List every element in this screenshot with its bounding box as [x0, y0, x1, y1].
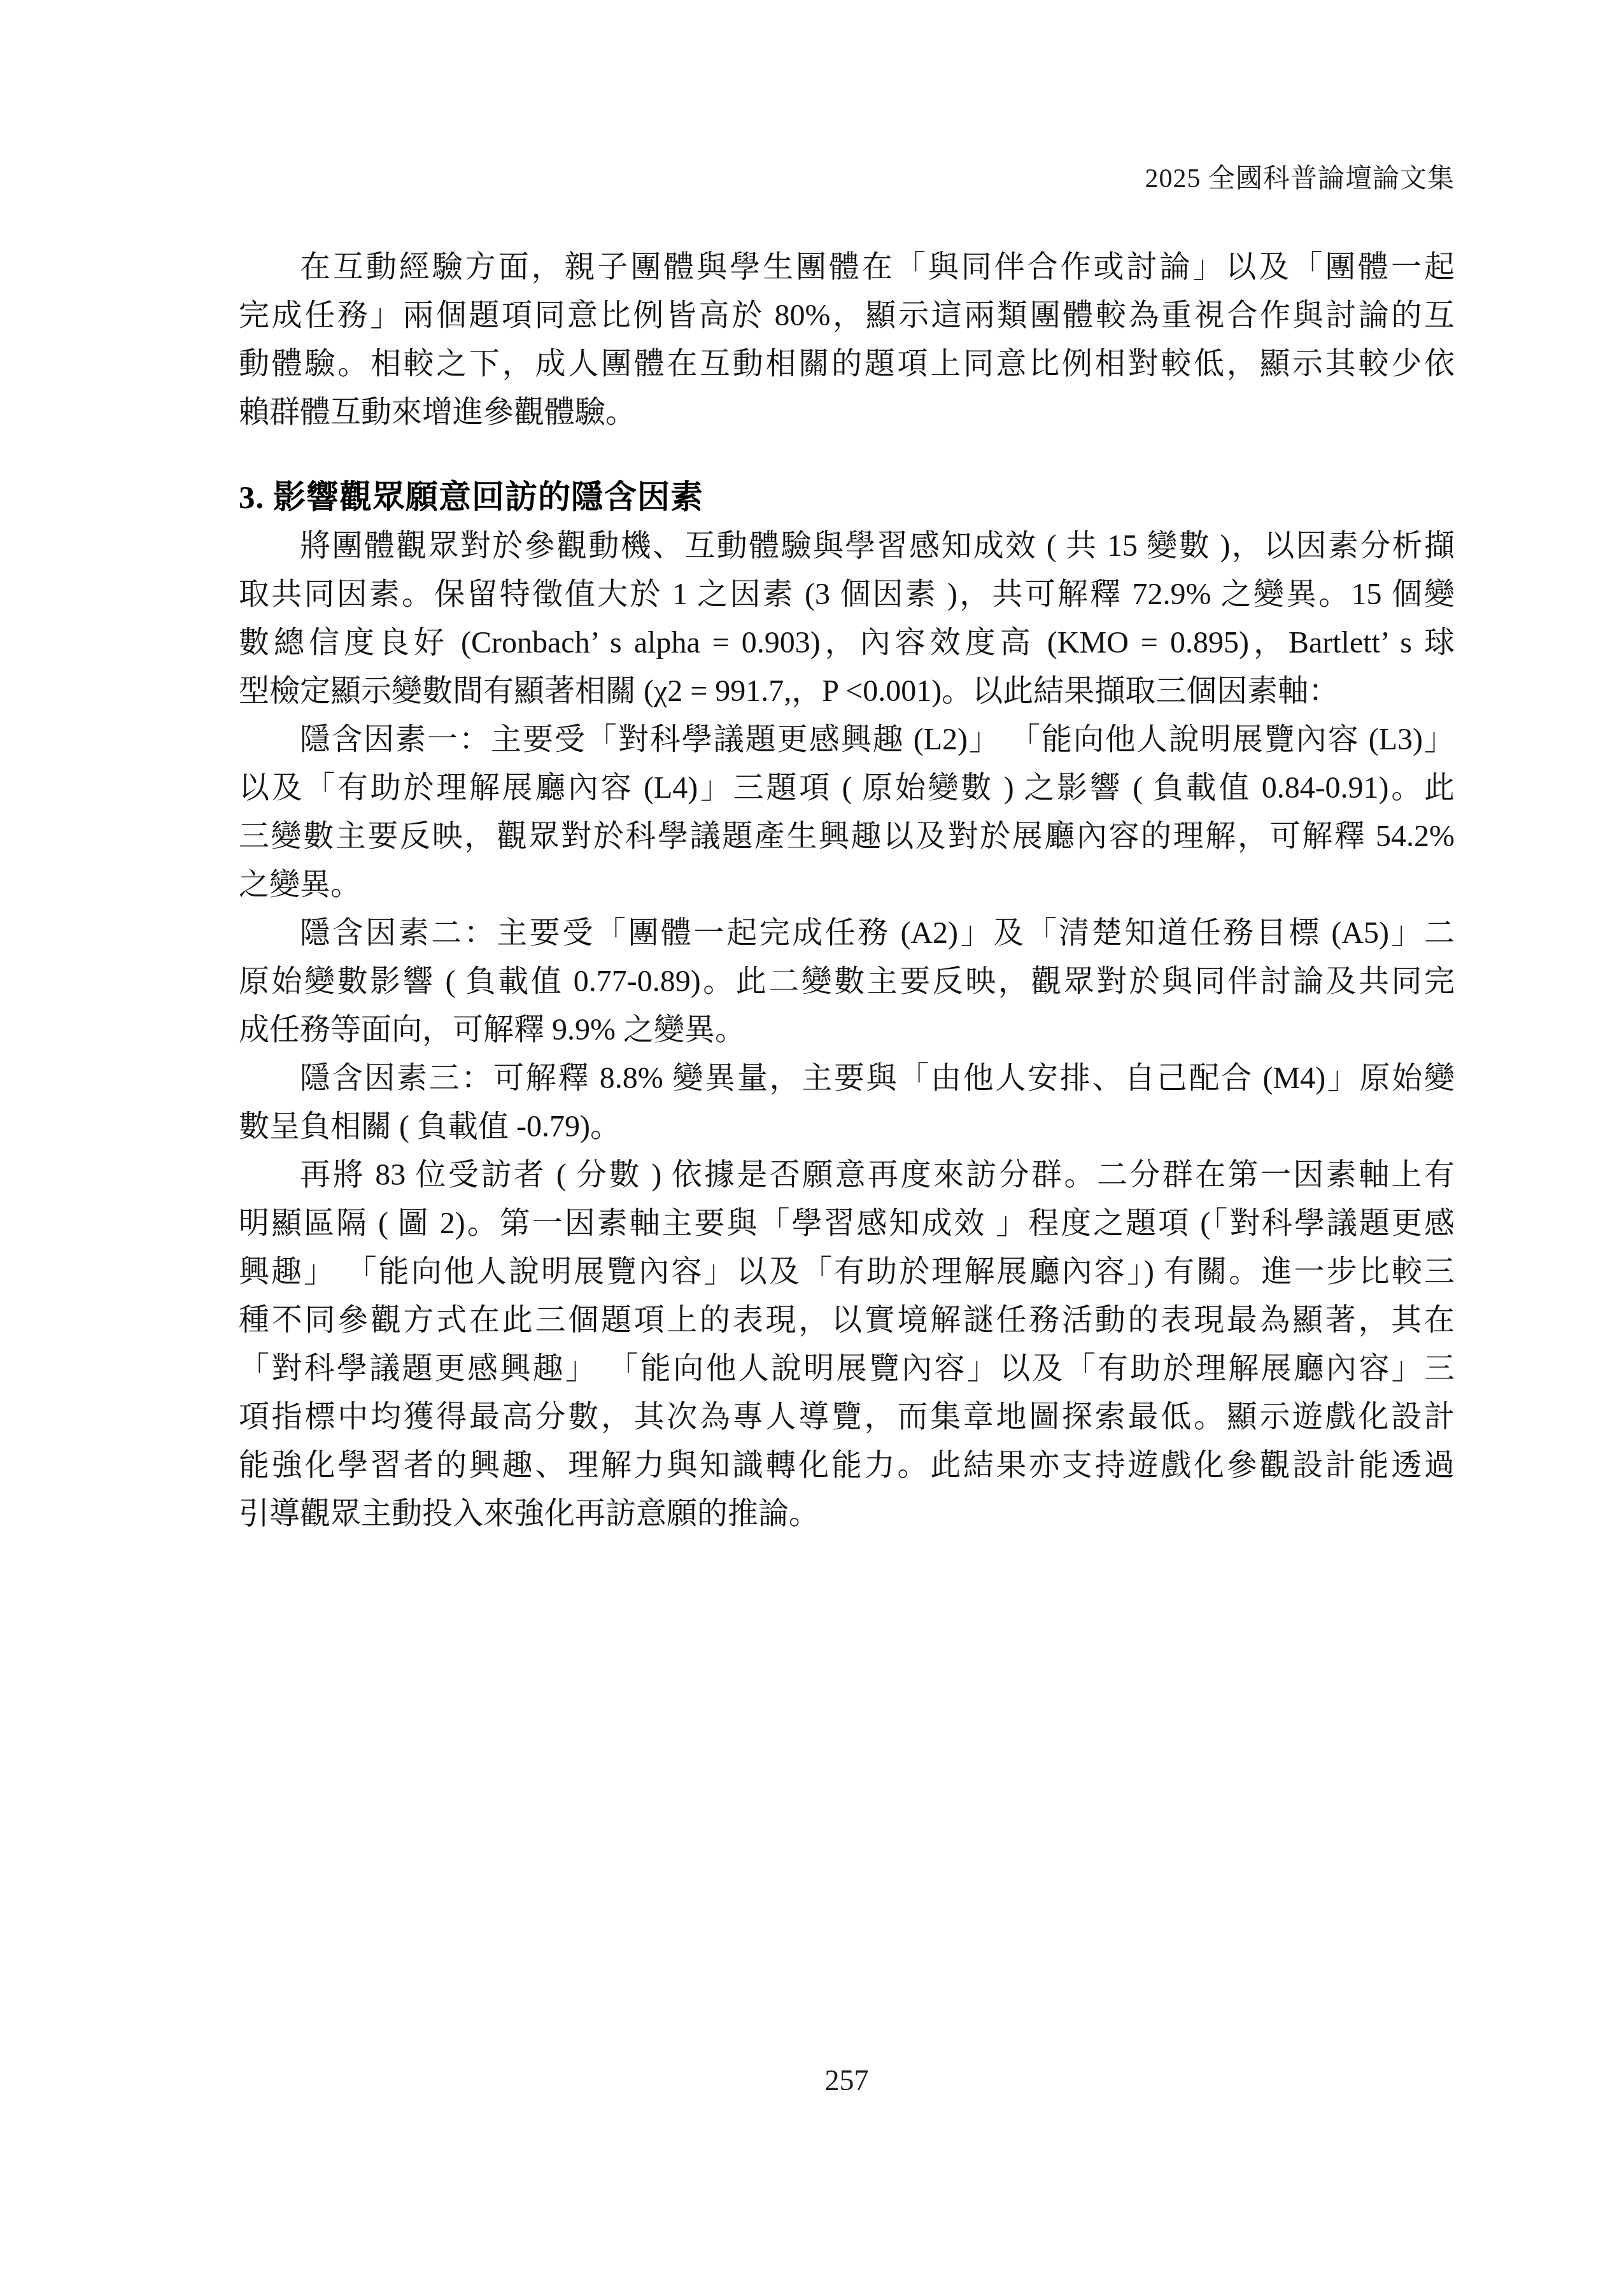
- text-line: 引導觀眾主動投入來強化再訪意願的推論。: [239, 1490, 1455, 1538]
- text-line: 原始變數影響 ( 負載值 0.77-0.89)。此二變數主要反映，觀眾對於與同伴…: [239, 958, 1455, 1006]
- text-line: 明顯區隔 ( 圖 2)。第一因素軸主要與「學習感知成效 」程度之題項 (「對科學…: [239, 1199, 1455, 1248]
- para-cluster-comparison: 再將 83 位受訪者 ( 分數 ) 依據是否願意再度來訪分群。二分群在第一因素軸…: [239, 1151, 1455, 1538]
- text-line: 完成任務」兩個題項同意比例皆高於 80%，顯示這兩類團體較為重視合作與討論的互: [239, 292, 1455, 340]
- text-line: 在互動經驗方面，親子團體與學生團體在「與同伴合作或討論」以及「團體一起: [239, 243, 1455, 292]
- document-page: 2025 全國科普論壇論文集 在互動經驗方面，親子團體與學生團體在「與同伴合作或…: [0, 0, 1624, 2278]
- text-line: 數總信度良好 (Cronbach’ s alpha = 0.903)，內容效度高…: [239, 619, 1455, 667]
- document-body: 在互動經驗方面，親子團體與學生團體在「與同伴合作或討論」以及「團體一起完成任務」…: [239, 243, 1455, 1538]
- text-line: 數呈負相關 ( 負載值 -0.79)。: [239, 1103, 1455, 1151]
- text-line: 隱含因素三：可解釋 8.8% 變異量，主要與「由他人安排、自己配合 (M4)」原…: [239, 1054, 1455, 1103]
- text-line: 以及「有助於理解展廳內容 (L4)」三題項 ( 原始變數 ) 之影響 ( 負載值…: [239, 764, 1455, 812]
- text-line: 隱含因素二：主要受「團體一起完成任務 (A2)」及「清楚知道任務目標 (A5)」…: [239, 909, 1455, 958]
- text-line: 項指標中均獲得最高分數，其次為專人導覽，而集章地圖探索最低。顯示遊戲化設計: [239, 1393, 1455, 1441]
- running-header: 2025 全國科普論壇論文集: [239, 160, 1455, 197]
- text-line: 「對科學議題更感興趣」 「能向他人說明展覽內容」以及「有助於理解展廳內容」三: [239, 1345, 1455, 1393]
- text-line: 型檢定顯示變數間有顯著相關 (χ2 = 991.7,，P <0.001)。以此結…: [239, 667, 1455, 716]
- text-line: 隱含因素一：主要受「對科學議題更感興趣 (L2)」 「能向他人說明展覽內容 (L…: [239, 716, 1455, 764]
- para-factor-analysis: 將團體觀眾對於參觀動機、互動體驗與學習感知成效 ( 共 15 變數 )，以因素分…: [239, 522, 1455, 716]
- text-line: 賴群體互動來增進參觀體驗。: [239, 388, 1455, 437]
- section-heading-3: 3. 影響觀眾願意回訪的隱含因素: [239, 474, 1455, 522]
- text-line: 取共同因素。保留特徵值大於 1 之因素 (3 個因素 )，共可解釋 72.9% …: [239, 570, 1455, 619]
- text-line: 成任務等面向，可解釋 9.9% 之變異。: [239, 1006, 1455, 1054]
- text-line: 之變異。: [239, 861, 1455, 909]
- para-latent-factor-2: 隱含因素二：主要受「團體一起完成任務 (A2)」及「清楚知道任務目標 (A5)」…: [239, 909, 1455, 1054]
- text-line: 能強化學習者的興趣、理解力與知識轉化能力。此結果亦支持遊戲化參觀設計能透過: [239, 1441, 1455, 1490]
- para-latent-factor-3: 隱含因素三：可解釋 8.8% 變異量，主要與「由他人安排、自己配合 (M4)」原…: [239, 1054, 1455, 1151]
- text-line: 再將 83 位受訪者 ( 分數 ) 依據是否願意再度來訪分群。二分群在第一因素軸…: [239, 1151, 1455, 1199]
- text-line: 動體驗。相較之下，成人團體在互動相關的題項上同意比例相對較低，顯示其較少依: [239, 340, 1455, 388]
- text-line: 將團體觀眾對於參觀動機、互動體驗與學習感知成效 ( 共 15 變數 )，以因素分…: [239, 522, 1455, 570]
- text-line: 三變數主要反映，觀眾對於科學議題產生興趣以及對於展廳內容的理解，可解釋 54.2…: [239, 812, 1455, 861]
- para-latent-factor-1: 隱含因素一：主要受「對科學議題更感興趣 (L2)」 「能向他人說明展覽內容 (L…: [239, 716, 1455, 909]
- text-line: 興趣」 「能向他人說明展覽內容」以及「有助於理解展廳內容」) 有關。進一步比較三: [239, 1248, 1455, 1296]
- para-interaction-experience: 在互動經驗方面，親子團體與學生團體在「與同伴合作或討論」以及「團體一起完成任務」…: [239, 243, 1455, 437]
- text-line: 種不同參觀方式在此三個題項上的表現，以實境解謎任務活動的表現最為顯著，其在: [239, 1296, 1455, 1345]
- page-number: 257: [239, 2062, 1455, 2100]
